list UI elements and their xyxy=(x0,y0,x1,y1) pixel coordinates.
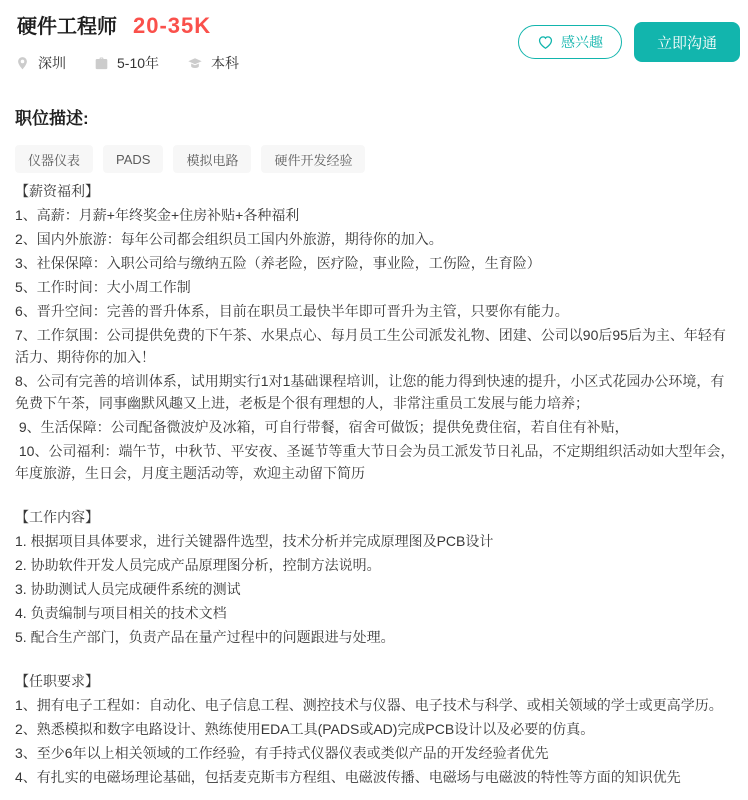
requirement-item: 1、拥有电子工程如：自动化、电子信息工程、测控技术与仪器、电子技术与科学、或相关… xyxy=(15,694,735,716)
benefit-item: 2、国内外旅游：每年公司都会组织员工国内外旅游，期待你的加入。 xyxy=(15,228,735,250)
interest-button-label: 感兴趣 xyxy=(561,32,603,52)
meta-location: 深圳 xyxy=(15,53,66,73)
skill-tag: PADS xyxy=(103,145,163,173)
section-spacer xyxy=(15,486,735,506)
benefit-item: 5、工作时间：大小周工作制 xyxy=(15,276,735,298)
requirement-item: 4、有扎实的电磁场理论基础，包括麦克斯韦方程组、电磁波传播、电磁场与电磁波的特性… xyxy=(15,766,735,788)
requirement-item: 2、熟悉模拟和数字电路设计、熟练使用EDA工具(PADS或AD)完成PCB设计以… xyxy=(15,718,735,740)
job-title: 硬件工程师 xyxy=(17,13,117,41)
duty-item: 3. 协助测试人员完成硬件系统的测试 xyxy=(15,578,735,600)
benefits-heading: 【薪资福利】 xyxy=(15,180,735,202)
location-pin-icon xyxy=(15,56,30,71)
heart-icon xyxy=(537,34,554,51)
meta-location-label: 深圳 xyxy=(38,53,66,73)
header-buttons: 感兴趣 立即沟通 xyxy=(518,22,740,62)
benefit-item: 6、晋升空间：完善的晋升体系，目前在职员工最快半年即可晋升为主管，只要你有能力。 xyxy=(15,300,735,322)
meta-experience-label: 5-10年 xyxy=(117,53,159,73)
meta-education-label: 本科 xyxy=(211,53,239,73)
meta-experience: 5-10年 xyxy=(94,53,159,73)
chat-button[interactable]: 立即沟通 xyxy=(634,22,740,62)
requirement-item: 3、至少6年以上相关领域的工作经验，有手持式仪器仪表或类似产品的开发经验者优先 xyxy=(15,742,735,764)
meta-education: 本科 xyxy=(187,53,239,73)
duty-item: 2. 协助软件开发人员完成产品原理图分析，控制方法说明。 xyxy=(15,554,735,576)
skill-tag: 仪器仪表 xyxy=(15,145,93,173)
job-description-title: 职位描述: xyxy=(15,108,735,130)
duty-item: 1. 根据项目具体要求，进行关键器件选型，技术分析并完成原理图及PCB设计 xyxy=(15,530,735,552)
skill-tags: 仪器仪表 PADS 模拟电路 硬件开发经验 xyxy=(15,145,735,173)
job-description-body: 【薪资福利】 1、高薪：月薪+年终奖金+住房补贴+各种福利 2、国内外旅游：每年… xyxy=(15,180,735,788)
benefit-item: 7、工作氛围：公司提供免费的下午茶、水果点心、每月员工生公司派发礼物、团建、公司… xyxy=(15,324,735,368)
job-detail-page: 硬件工程师 20-35K 感兴趣 立即沟通 深 xyxy=(0,0,748,800)
graduation-cap-icon xyxy=(187,56,203,71)
duty-item: 5. 配合生产部门，负责产品在量产过程中的问题跟进与处理。 xyxy=(15,626,735,648)
benefit-item: 3、社保保障：入职公司给与缴纳五险（养老险，医疗险，事业险，工伤险，生育险） xyxy=(15,252,735,274)
duties-heading: 【工作内容】 xyxy=(15,506,735,528)
requirements-heading: 【任职要求】 xyxy=(15,670,735,692)
briefcase-icon xyxy=(94,56,109,71)
interest-button[interactable]: 感兴趣 xyxy=(518,25,622,59)
duty-item: 4. 负责编制与项目相关的技术文档 xyxy=(15,602,735,624)
benefit-item: 10、公司福利：端午节，中秋节、平安夜、圣诞节等重大节日会为员工派发节日礼品，不… xyxy=(15,440,735,484)
benefit-item: 9、生活保障：公司配备微波炉及冰箱，可自行带餐，宿舍可做饭；提供免费住宿，若自住… xyxy=(15,416,735,438)
skill-tag: 模拟电路 xyxy=(173,145,251,173)
salary-range: 20-35K xyxy=(133,12,211,40)
section-spacer xyxy=(15,650,735,670)
skill-tag: 硬件开发经验 xyxy=(261,145,365,173)
job-header: 硬件工程师 20-35K 感兴趣 立即沟通 深 xyxy=(15,12,735,73)
benefit-item: 8、公司有完善的培训体系，试用期实行1对1基础课程培训，让您的能力得到快速的提升… xyxy=(15,370,735,414)
benefit-item: 1、高薪：月薪+年终奖金+住房补贴+各种福利 xyxy=(15,204,735,226)
